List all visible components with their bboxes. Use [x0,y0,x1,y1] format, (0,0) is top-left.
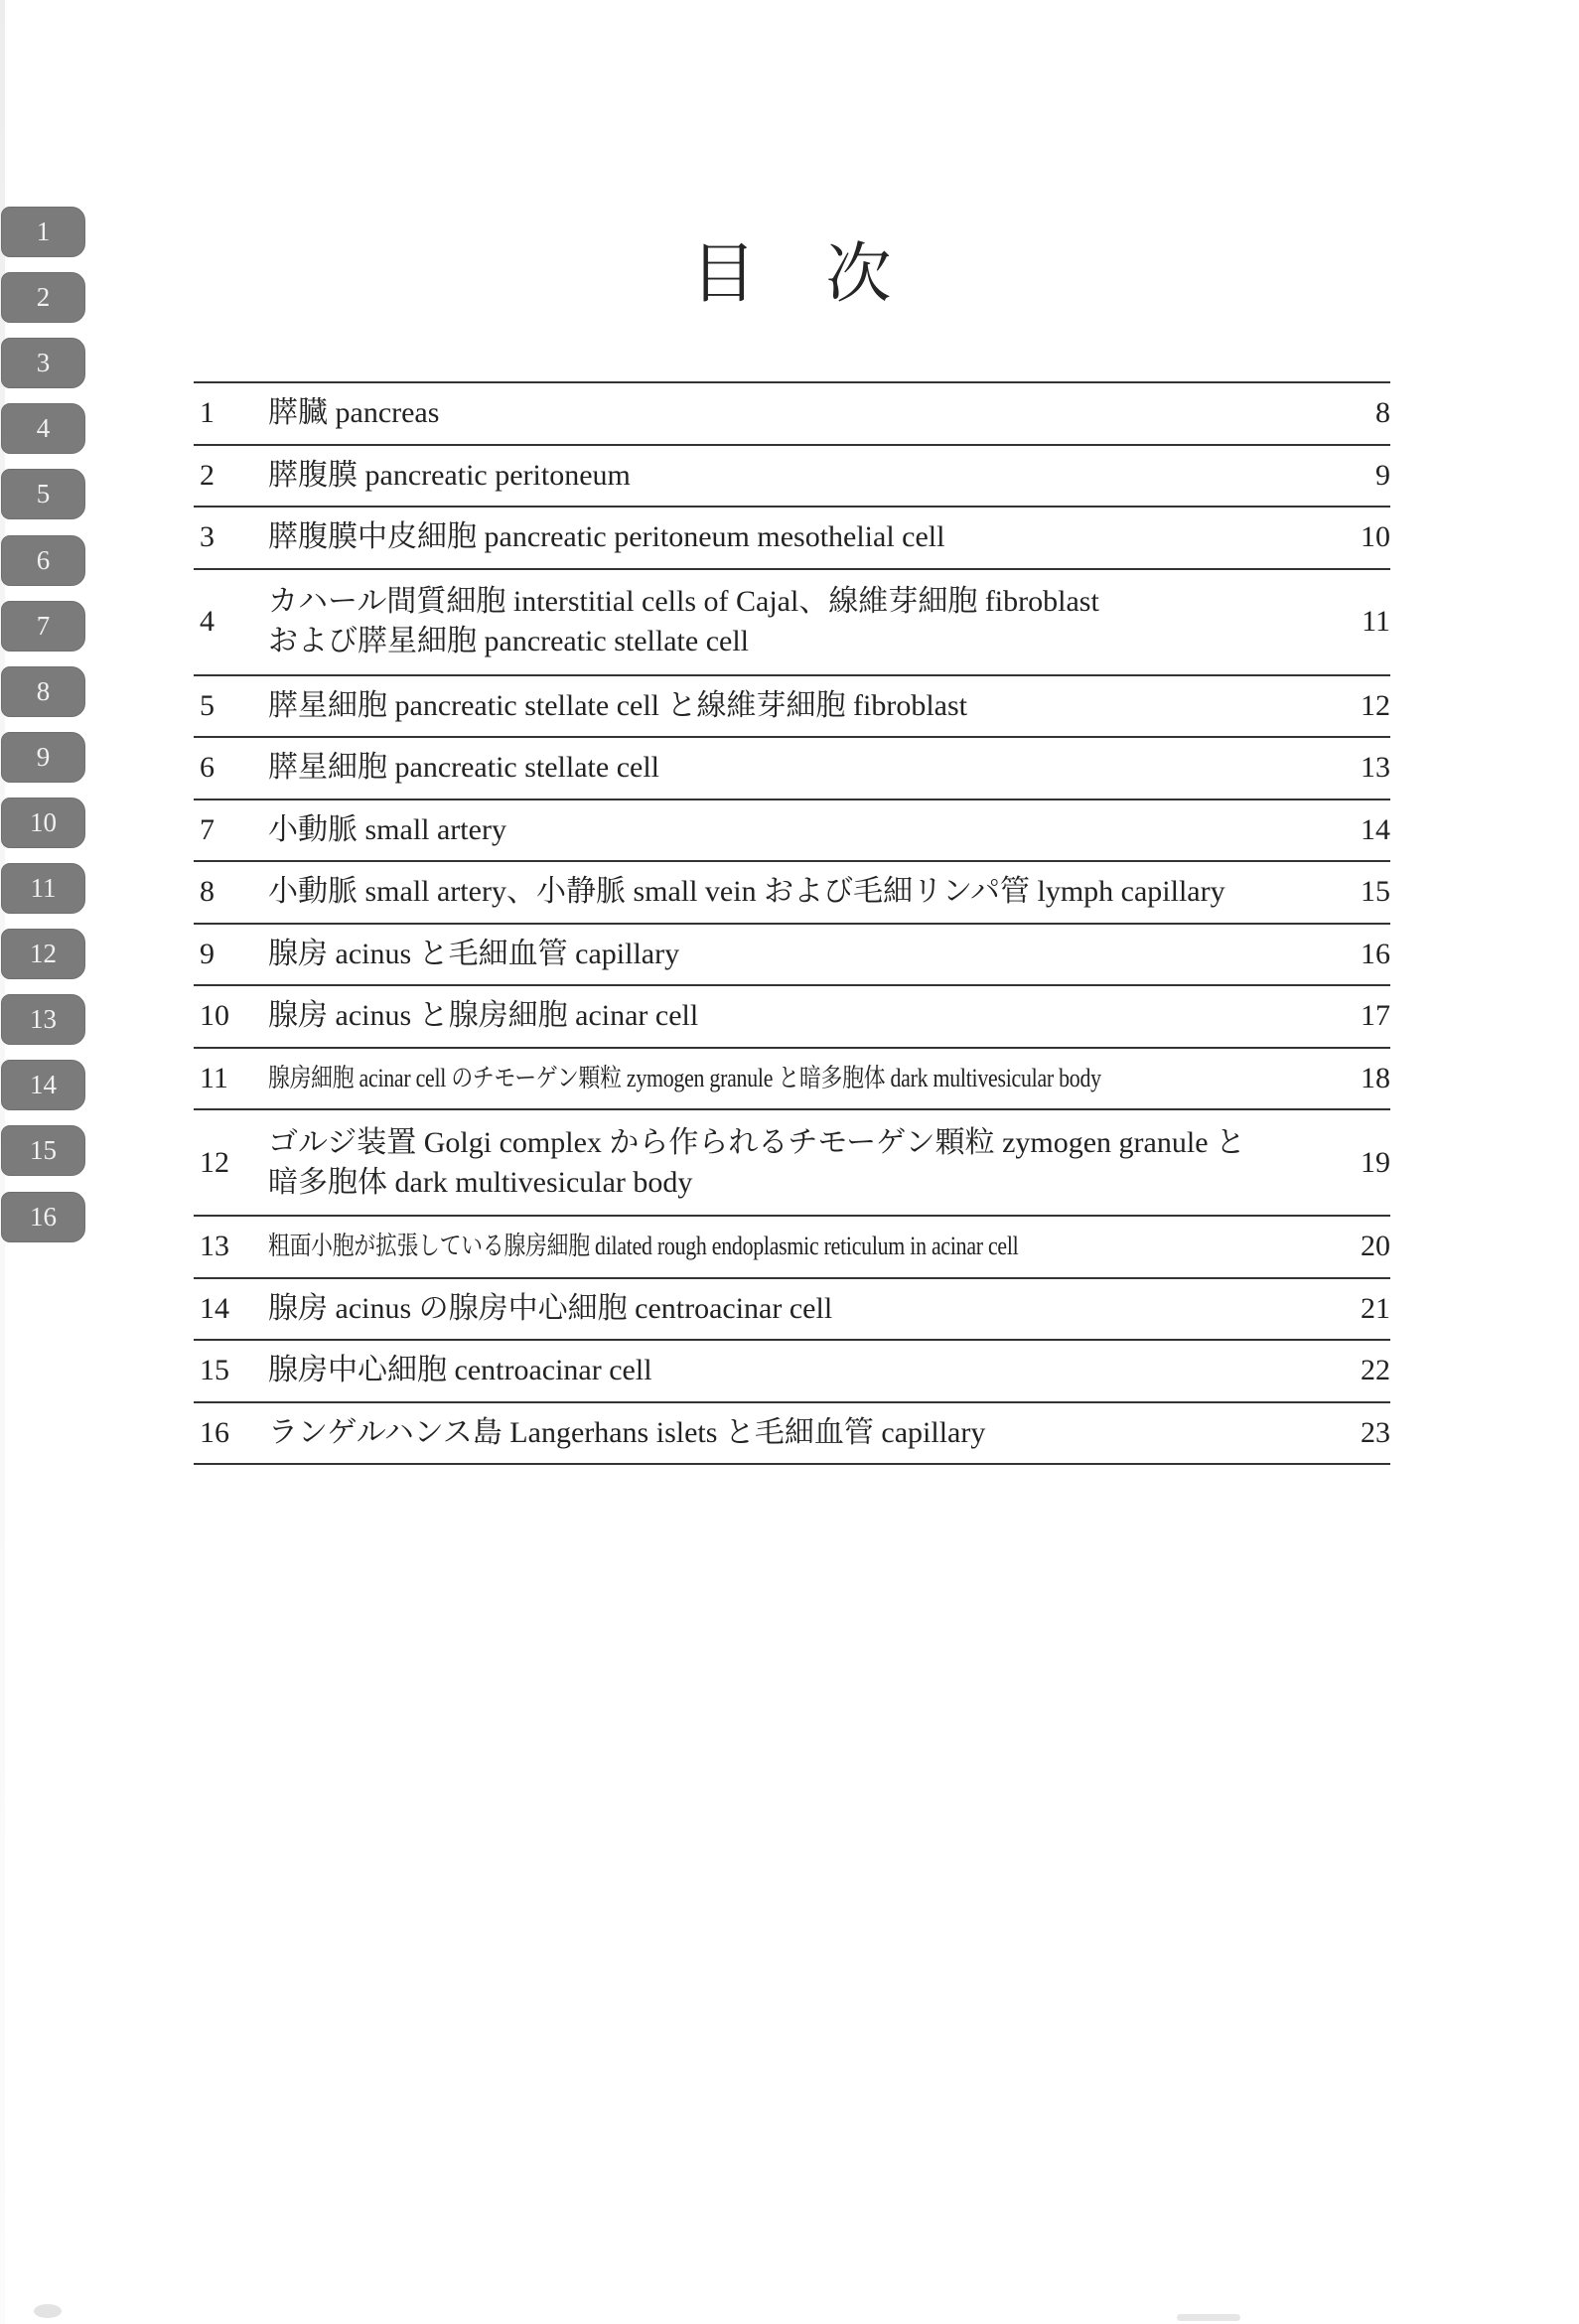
toc-entry-row: 13 粗面小胞が拡張している腺房細胞 dilated rough endopla… [194,1217,1390,1279]
chapter-tab: 13 [1,994,85,1045]
toc-entry-page-number: 16 [1329,938,1390,971]
chapter-tab-number: 3 [37,350,51,376]
toc-entry-title-line1: 小動脈 small artery、小静脈 small vein および毛細リンパ… [268,872,1329,912]
toc-entry-row: 16 ランゲルハンス島 Langerhans islets と毛細血管 capi… [194,1403,1390,1466]
toc-entry-page-number: 21 [1329,1292,1390,1326]
toc-entry-page-number: 10 [1329,520,1390,554]
toc-entry-row: 7 小動脈 small artery 14 [194,800,1390,863]
toc-entry-number: 12 [194,1146,268,1180]
chapter-tab-number: 4 [37,415,51,442]
toc-entry-number: 10 [194,999,268,1033]
chapter-tab: 4 [1,403,85,454]
chapter-tab: 15 [1,1125,85,1176]
toc-entry-page-number: 23 [1329,1416,1390,1450]
toc-entry-title: 膵腹膜中皮細胞 pancreatic peritoneum mesothelia… [268,517,1329,557]
toc-entry-page-number: 19 [1329,1146,1390,1180]
toc-entry-title: 粗面小胞が拡張している腺房細胞 dilated rough endoplasmi… [268,1230,1329,1263]
toc-entry-title-line1: 腺房 acinus の腺房中心細胞 centroacinar cell [268,1289,1329,1329]
toc-entry-title: 小動脈 small artery [268,810,1329,850]
toc-entry-title: ゴルジ装置 Golgi complex から作られるチモーゲン顆粒 zymoge… [268,1123,1329,1202]
toc-entry-title-line1: カハール間質細胞 interstitial cells of Cajal、線維芽… [268,582,1329,622]
chapter-tab: 8 [1,666,85,717]
toc-entry-number: 11 [194,1062,268,1095]
toc-entry-page-number: 17 [1329,999,1390,1033]
toc-entry-title: 腺房中心細胞 centroacinar cell [268,1351,1329,1390]
chapter-tab: 1 [1,207,85,257]
chapter-tab: 3 [1,338,85,388]
toc-entry-number: 16 [194,1416,268,1450]
toc-entry-number: 5 [194,689,268,723]
toc-entry-number: 15 [194,1354,268,1387]
toc-entry-row: 2 膵腹膜 pancreatic peritoneum 9 [194,446,1390,508]
chapter-tab: 14 [1,1060,85,1110]
scanned-toc-page: { "page": { "title": "目 次", "background_… [0,0,1579,2324]
chapter-tab-strip: 1 2 3 4 5 6 7 8 9 10 11 12 13 14 15 16 [0,0,99,2324]
toc-entry-title-line1: 腺房 acinus と腺房細胞 acinar cell [268,996,1329,1036]
toc-entry-row: 15 腺房中心細胞 centroacinar cell 22 [194,1341,1390,1403]
toc-entry-title: 小動脈 small artery、小静脈 small vein および毛細リンパ… [268,872,1329,912]
chapter-tab-number: 5 [37,481,51,508]
toc-entry-title: 膵腹膜 pancreatic peritoneum [268,456,1329,496]
toc-entry-page-number: 14 [1329,813,1390,847]
chapter-tab-number: 14 [30,1072,57,1098]
toc-entry-title-line1: 膵臓 pancreas [268,393,1329,433]
toc-entry-title: 腺房細胞 acinar cell のチモーゲン顆粒 zymogen granul… [268,1062,1329,1095]
toc-entry-title: 膵臓 pancreas [268,393,1329,433]
chapter-tab: 10 [1,798,85,848]
chapter-tab-number: 1 [37,218,51,245]
toc-entry-row: 6 膵星細胞 pancreatic stellate cell 13 [194,738,1390,800]
toc-entry-page-number: 22 [1329,1354,1390,1387]
chapter-tab-number: 9 [37,744,51,771]
toc-entry-number: 13 [194,1230,268,1263]
toc-entry-title-line1: 膵星細胞 pancreatic stellate cell [268,748,1329,788]
toc-entry-number: 14 [194,1292,268,1326]
chapter-tab-number: 8 [37,678,51,705]
chapter-tab-number: 12 [30,941,57,967]
toc-entry-title: ランゲルハンス島 Langerhans islets と毛細血管 capilla… [268,1413,1329,1453]
toc-entry-title-line2: および膵星細胞 pancreatic stellate cell [268,622,1329,661]
toc-entry-title: 膵星細胞 pancreatic stellate cell と線維芽細胞 fib… [268,686,1329,726]
toc-entry-row: 10 腺房 acinus と腺房細胞 acinar cell 17 [194,986,1390,1049]
toc-entry-title-line1: ゴルジ装置 Golgi complex から作られるチモーゲン顆粒 zymoge… [268,1123,1329,1163]
toc-entry-row: 14 腺房 acinus の腺房中心細胞 centroacinar cell 2… [194,1279,1390,1342]
toc-entry-number: 8 [194,875,268,909]
toc-entry-row: 9 腺房 acinus と毛細血管 capillary 16 [194,925,1390,987]
toc-entry-title-line1: 腺房 acinus と毛細血管 capillary [268,935,1329,974]
chapter-tab-number: 2 [37,284,51,311]
toc-entry-title: 腺房 acinus と毛細血管 capillary [268,935,1329,974]
toc-entry-number: 7 [194,813,268,847]
chapter-tab: 7 [1,601,85,652]
toc-entry-page-number: 18 [1329,1062,1390,1095]
toc-entry-number: 1 [194,396,268,430]
chapter-tab: 9 [1,732,85,783]
chapter-tab-number: 6 [37,547,51,574]
toc-entry-title: カハール間質細胞 interstitial cells of Cajal、線維芽… [268,582,1329,660]
toc-entry-page-number: 9 [1329,459,1390,493]
toc-entry-title-line1: 腺房中心細胞 centroacinar cell [268,1351,1329,1390]
chapter-tab-number: 11 [31,875,57,902]
toc-entry-title: 膵星細胞 pancreatic stellate cell [268,748,1329,788]
chapter-tab: 16 [1,1192,85,1242]
toc-entry-title-line2: 暗多胞体 dark multivesicular body [268,1163,1329,1203]
toc-entry-page-number: 13 [1329,751,1390,785]
toc-entry-title-line1: 粗面小胞が拡張している腺房細胞 dilated rough endoplasmi… [268,1230,1019,1263]
chapter-tab: 6 [1,535,85,586]
toc-entry-number: 6 [194,751,268,785]
toc-entry-title-line1: ランゲルハンス島 Langerhans islets と毛細血管 capilla… [268,1413,1329,1453]
toc-entry-title-line1: 腺房細胞 acinar cell のチモーゲン顆粒 zymogen granul… [268,1062,1101,1095]
chapter-tab-number: 10 [30,809,57,836]
toc-entry-row: 11 腺房細胞 acinar cell のチモーゲン顆粒 zymogen gra… [194,1049,1390,1111]
toc-entry-number: 9 [194,938,268,971]
toc-entry-row: 3 膵腹膜中皮細胞 pancreatic peritoneum mesothel… [194,508,1390,570]
chapter-tab: 2 [1,272,85,323]
chapter-tab: 5 [1,469,85,519]
toc-entry-title-line1: 小動脈 small artery [268,810,1329,850]
toc-table: 1 膵臓 pancreas 8 2 膵腹膜 pancreatic periton… [194,381,1390,1465]
toc-entry-row: 1 膵臓 pancreas 8 [194,383,1390,446]
toc-entry-row: 8 小動脈 small artery、小静脈 small vein および毛細リ… [194,862,1390,925]
toc-entry-row: 4 カハール間質細胞 interstitial cells of Cajal、線… [194,570,1390,676]
chapter-tab-number: 15 [30,1137,57,1164]
chapter-tab-number: 16 [30,1204,57,1231]
toc-entry-title-line1: 膵星細胞 pancreatic stellate cell と線維芽細胞 fib… [268,686,1329,726]
toc-entry-number: 3 [194,520,268,554]
page-title: 目 次 [194,242,1390,308]
toc-entry-page-number: 15 [1329,875,1390,909]
toc-entry-title: 腺房 acinus と腺房細胞 acinar cell [268,996,1329,1036]
toc-entry-page-number: 8 [1329,396,1390,430]
chapter-tab-number: 7 [37,613,51,640]
toc-entry-title-line1: 膵腹膜中皮細胞 pancreatic peritoneum mesothelia… [268,517,1329,557]
toc-entry-number: 2 [194,459,268,493]
toc-entry-row: 12 ゴルジ装置 Golgi complex から作られるチモーゲン顆粒 zym… [194,1110,1390,1217]
toc-entry-number: 4 [194,605,268,639]
toc-entry-title-line1: 膵腹膜 pancreatic peritoneum [268,456,1329,496]
toc-entry-page-number: 20 [1329,1230,1390,1263]
scan-smudge [1177,2314,1240,2321]
toc-entry-page-number: 12 [1329,689,1390,723]
chapter-tab: 11 [1,863,85,914]
chapter-tab-number: 13 [30,1006,57,1033]
toc-entry-row: 5 膵星細胞 pancreatic stellate cell と線維芽細胞 f… [194,676,1390,739]
chapter-tab: 12 [1,929,85,979]
toc-entry-title: 腺房 acinus の腺房中心細胞 centroacinar cell [268,1289,1329,1329]
toc-entry-page-number: 11 [1329,605,1390,639]
